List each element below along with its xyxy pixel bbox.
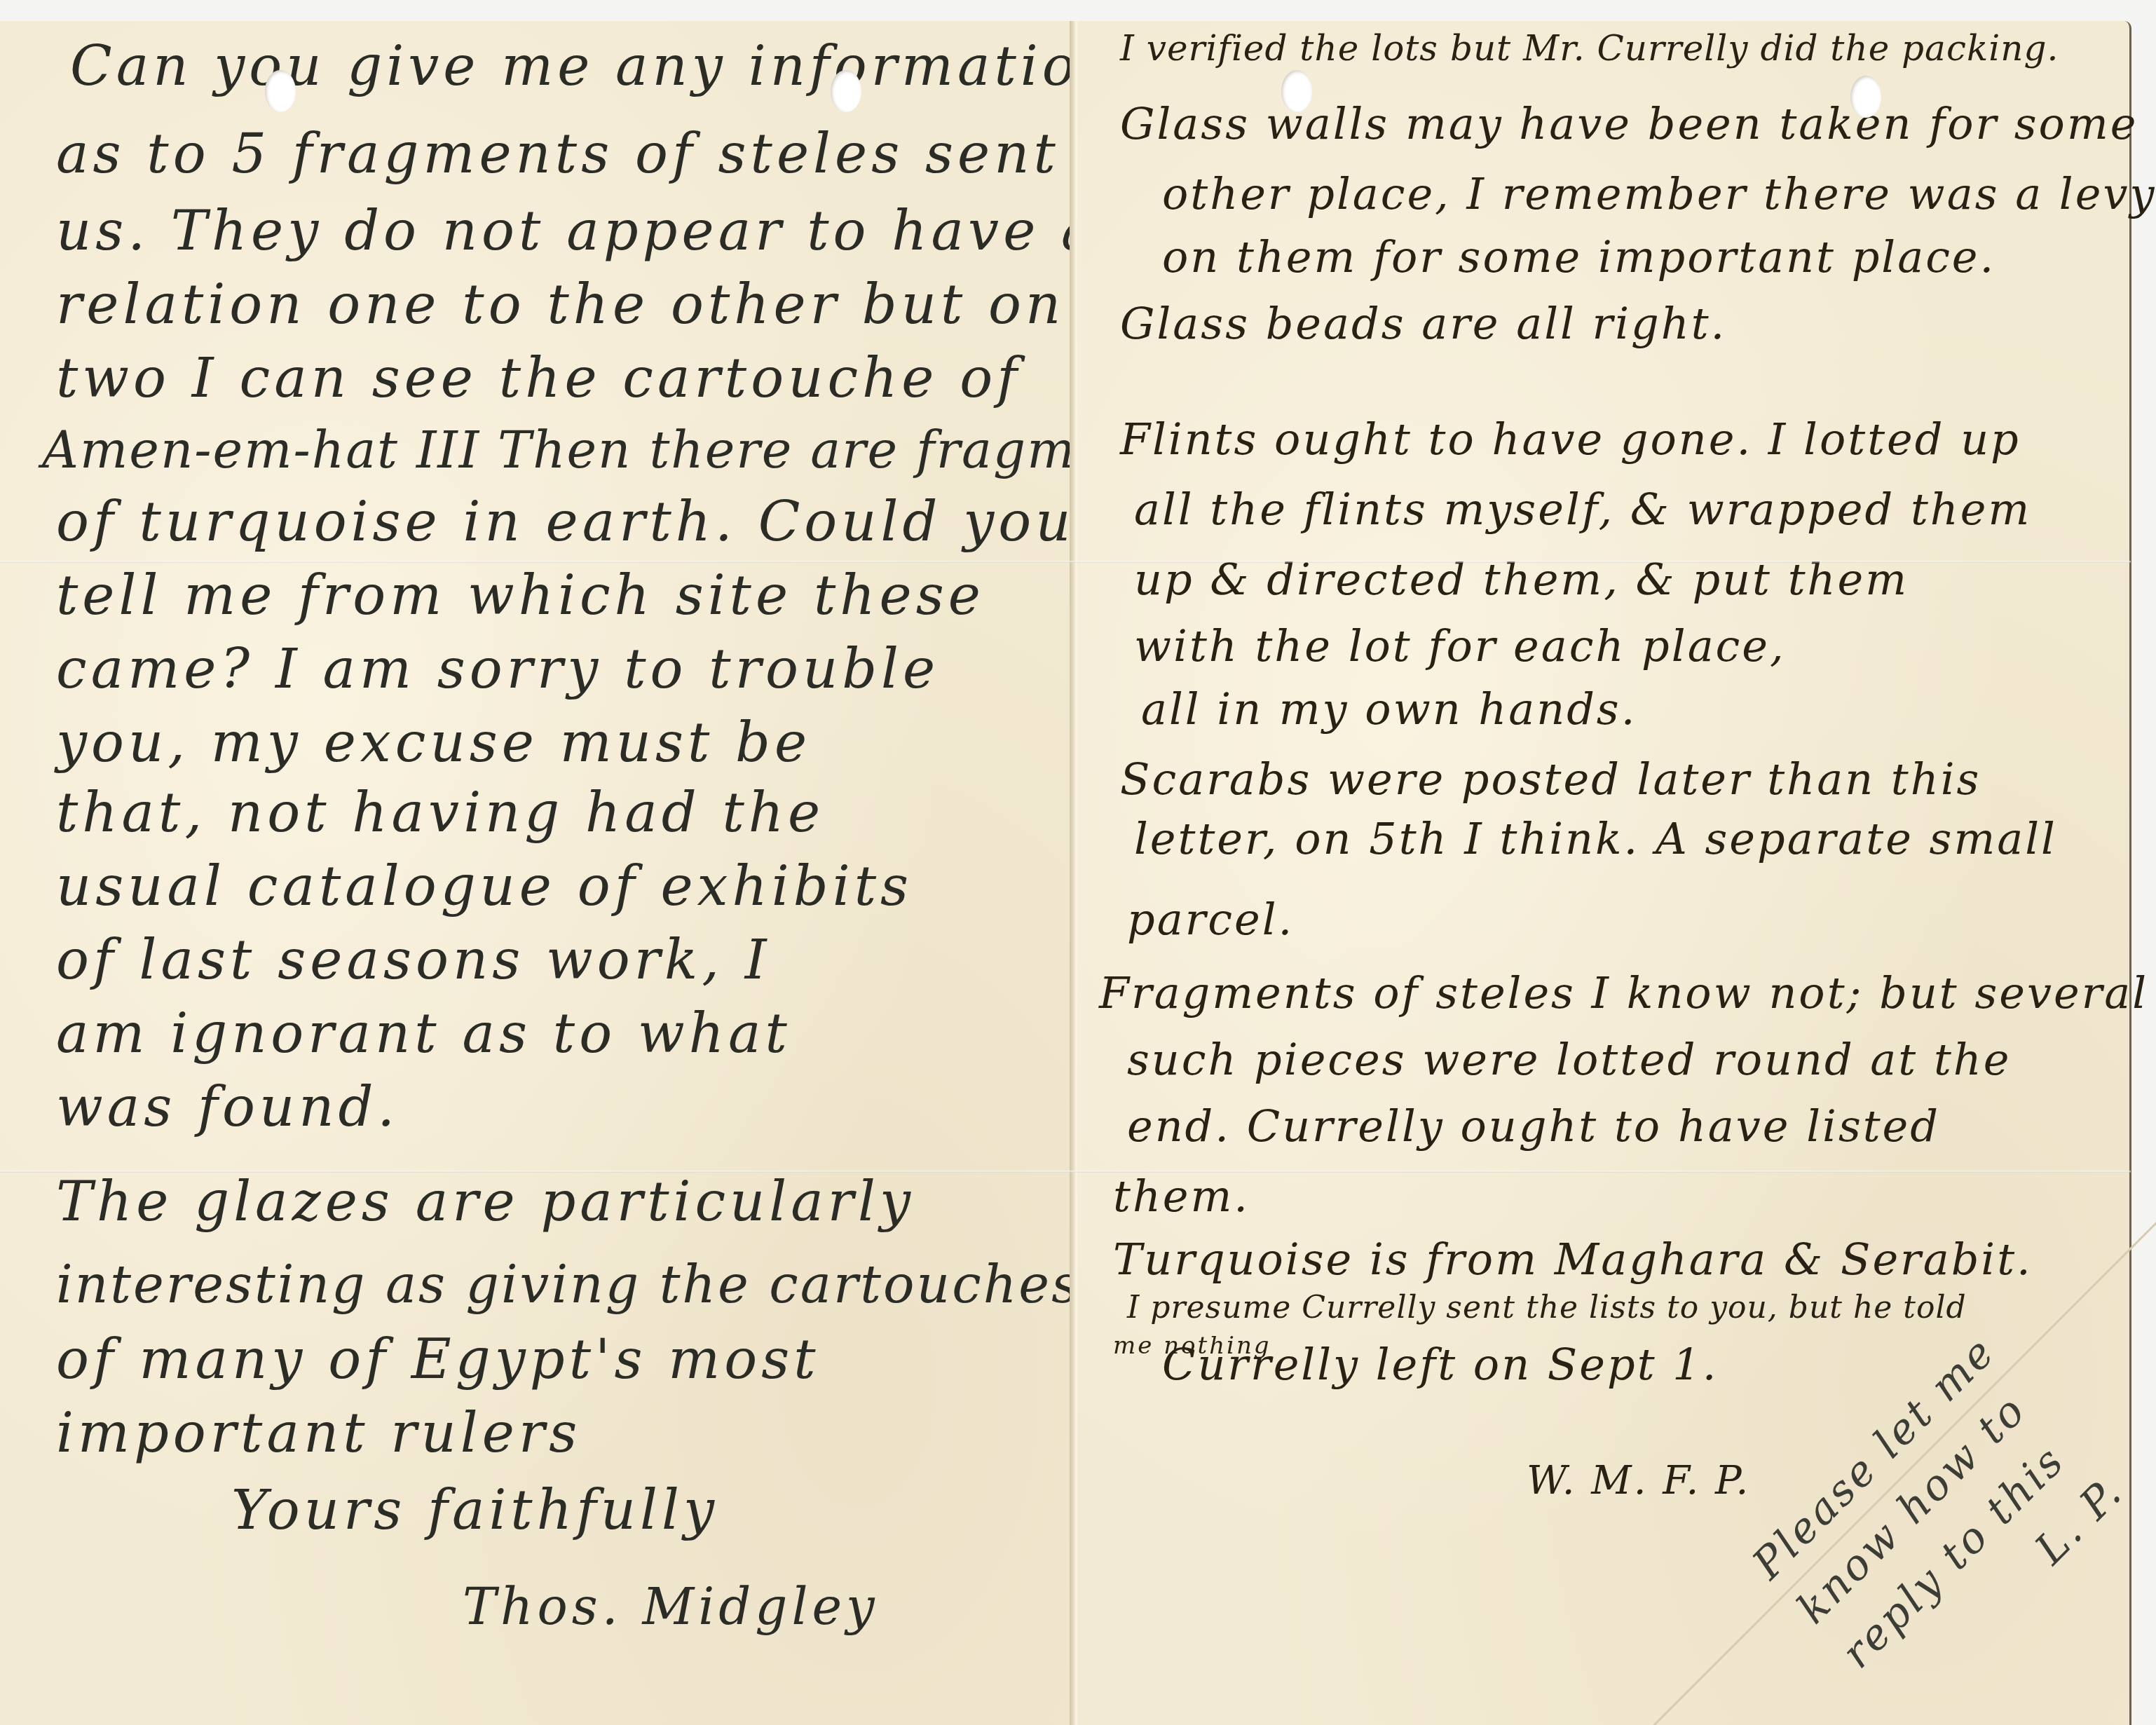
signature: W. M. F. P. [1527,1458,1750,1504]
letter-line: interesting as giving the cartouches [56,1255,1080,1315]
letter-line: usual catalogue of exhibits [56,855,913,918]
closing: Yours faithfully [231,1479,718,1542]
letter-line: other place, I remember there was a levy [1162,168,2156,219]
letter-line: am ignorant as to what [56,1002,791,1065]
letter-line: all in my own hands. [1141,683,1637,735]
letter-line: I presume Currelly sent the lists to you… [1127,1290,1967,1325]
letter-line: them. [1113,1171,1250,1222]
letter-line: came? I am sorry to trouble [56,638,939,701]
letter-line: two I can see the cartouche of [56,347,1021,410]
letter-line: all the flints myself, & wrapped them [1134,484,2031,535]
letter-line: Glass beads are all right. [1120,298,1726,349]
letter-line: The glazes are particularly [56,1171,915,1234]
letter-line: Turquoise is from Maghara & Serabit. [1113,1234,2033,1285]
letter-line: of many of Egypt's most [56,1328,820,1391]
letter-line: parcel. [1127,894,1294,945]
horizontal-crease [0,561,2131,563]
letter-line: such pieces were lotted round at the [1127,1034,2011,1085]
letter-line: Amen-em-hat III Then there are fragments [42,421,1190,479]
punch-hole [1850,76,1881,118]
letter-line: us. They do not appear to have any [56,200,1173,263]
letter-line: letter, on 5th I think. A separate small [1134,813,2057,864]
horizontal-crease [0,1171,2131,1173]
letter-line: Can you give me any information [70,35,1119,98]
letter-line: of turquoise in earth. Could you [56,491,1074,554]
punch-hole [831,70,861,112]
letter-line: Flints ought to have gone. I lotted up [1120,414,2021,465]
letter-line: with the lot for each place, [1134,620,1786,671]
signature: Thos. Midgley [463,1577,879,1636]
letter-line: Fragments of steles I know not; but seve… [1099,967,2148,1018]
letter-line: important rulers [56,1402,581,1465]
letter-line: on them for some important place. [1162,231,1995,282]
letter-line: that, not having had the [56,782,824,845]
letter-line: Currelly left on Sept 1. [1162,1339,1718,1390]
punch-hole [1281,70,1312,112]
letter-line: end. Currelly ought to have listed [1127,1100,1940,1152]
letter-line: relation one to the other but on [56,273,1065,336]
left-page: Can you give me any information as to 5 … [0,21,1074,1725]
letter-line: of last seasons work, I [56,929,771,992]
letter-line: you, my excuse must be [56,711,811,775]
letter-line: I verified the lots but Mr. Currelly did… [1120,28,2059,69]
punch-hole [265,70,296,112]
letter-line: Scarabs were posted later than this [1120,754,1981,805]
letter-line: as to 5 fragments of steles sent to [56,123,1145,186]
letter-line: tell me from which site these [56,564,985,627]
letter-line: Glass walls may have been taken for some [1120,98,2138,149]
letter-line: was found. [56,1076,399,1139]
